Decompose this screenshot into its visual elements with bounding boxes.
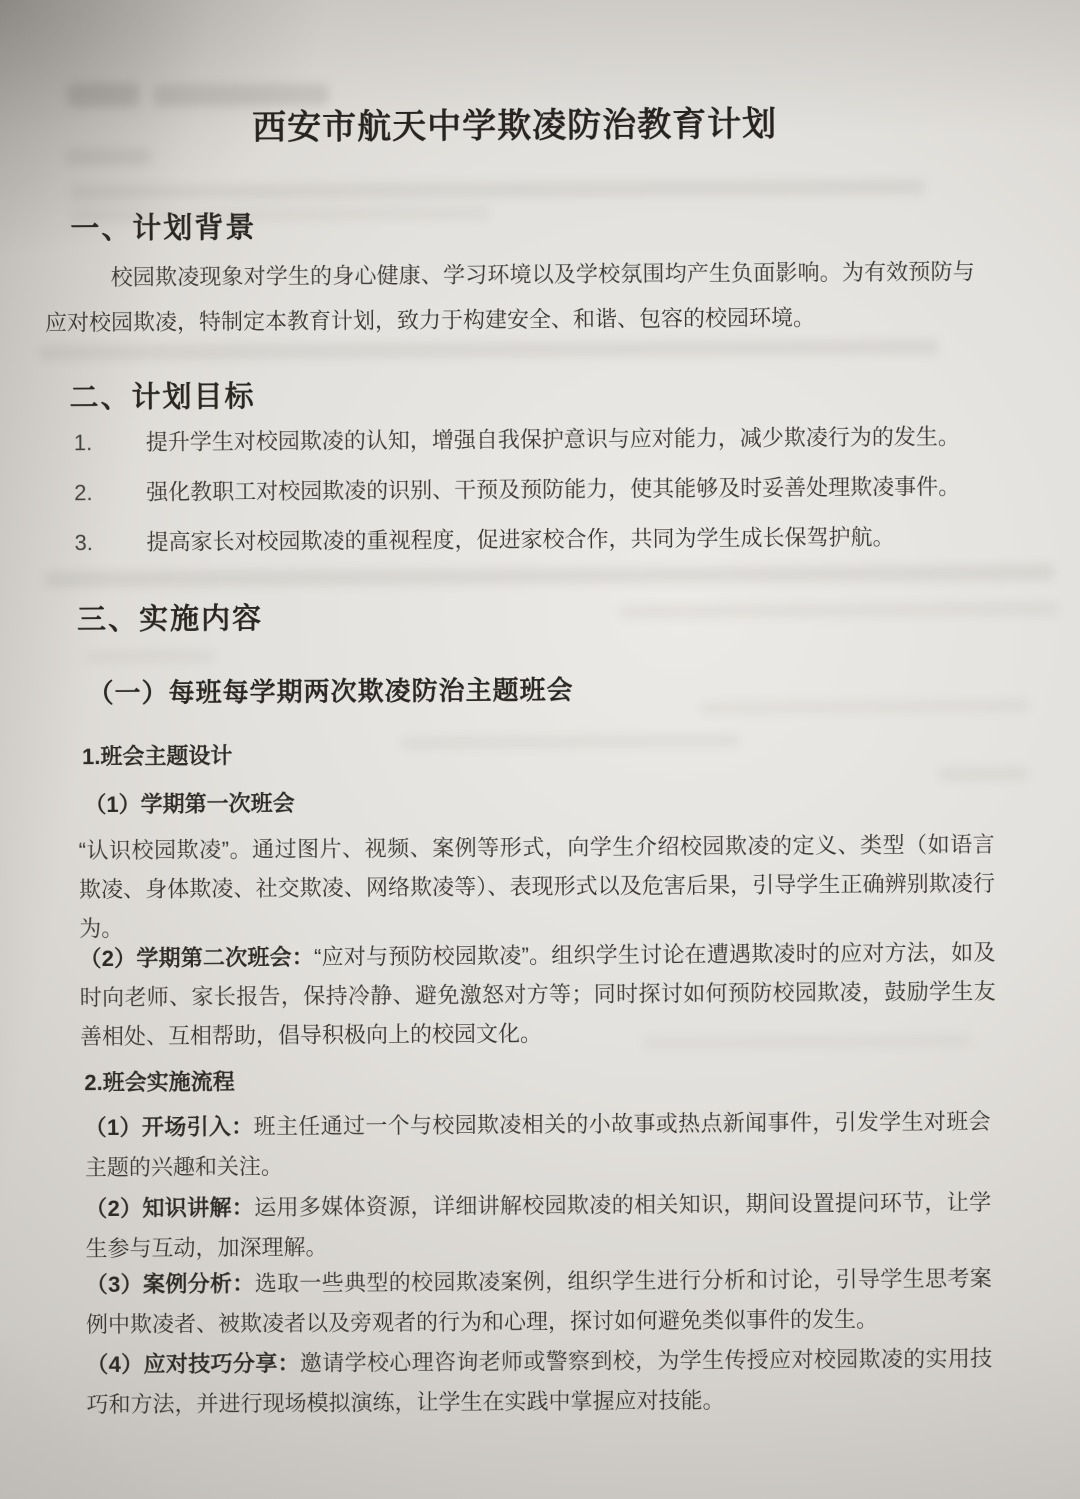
heading-first-meeting: （1）学期第一次班会 bbox=[84, 787, 294, 819]
goal-item: 1. 提升学生对校园欺凌的认知，增强自我保护意识与应对能力，减少欺凌行为的发生。 bbox=[74, 423, 1014, 458]
document-title: 西安市航天中学欺凌防治教育计划 bbox=[0, 94, 1076, 151]
goal-number: 3. bbox=[74, 529, 146, 558]
process-step-skills-sharing: （4）应对技巧分享：邀请学校心理咨询老师或警察到校，为学生传授应对校园欺凌的实用… bbox=[86, 1339, 993, 1425]
paragraph-plan-background: 校园欺凌现象对学生的身心健康、学习环境以及学校氛围均产生负面影响。为有效预防与应… bbox=[45, 249, 976, 345]
bleed-through-artifact bbox=[619, 602, 1059, 618]
section-heading-plan-goals: 二、计划目标 bbox=[69, 374, 255, 416]
goal-item: 2. 强化教职工对校园欺凌的识别、干预及预防能力，使其能够及时妥善处理欺凌事件。 bbox=[74, 473, 1014, 508]
step-label: （4）应对技巧分享： bbox=[86, 1351, 300, 1377]
document-page: 西安市航天中学欺凌防治教育计划 一、计划背景 校园欺凌现象对学生的身心健康、学习… bbox=[0, 0, 1080, 1499]
goals-list: 1. 提升学生对校园欺凌的认知，增强自我保护意识与应对能力，减少欺凌行为的发生。… bbox=[74, 423, 1015, 558]
second-meeting-label: （2）学期第二次班会： bbox=[79, 945, 314, 972]
step-label: （1）开场引入： bbox=[85, 1114, 254, 1140]
goal-number: 1. bbox=[74, 429, 146, 458]
subsection-heading-class-meetings: （一）每班每学期两次欺凌防治主题班会 bbox=[87, 670, 573, 710]
goal-text: 提升学生对校园欺凌的认知，增强自我保护意识与应对能力，减少欺凌行为的发生。 bbox=[146, 423, 1014, 457]
bleed-through-artifact bbox=[45, 564, 1055, 587]
step-label: （2）知识讲解： bbox=[85, 1195, 254, 1221]
goal-text: 强化教职工对校园欺凌的识别、干预及预防能力，使其能够及时妥善处理欺凌事件。 bbox=[146, 473, 1014, 507]
process-step-opening: （1）开场引入：班主任通过一个与校园欺凌相关的小故事或热点新闻事件，引发学生对班… bbox=[84, 1102, 991, 1188]
bleed-through-artifact bbox=[70, 179, 925, 200]
heading-meeting-process: 2.班会实施流程 bbox=[84, 1065, 235, 1097]
process-step-knowledge: （2）知识讲解：运用多媒体资源，详细讲解校园欺凌的相关知识，期间设置提问环节，让… bbox=[85, 1183, 992, 1269]
section-heading-implementation: 三、实施内容 bbox=[77, 596, 263, 638]
step-label: （3）案例分析： bbox=[86, 1271, 255, 1297]
goal-number: 2. bbox=[74, 479, 146, 508]
process-step-case-analysis: （3）案例分析：选取一些典型的校园欺凌案例，组织学生进行分析和讨论，引导学生思考… bbox=[86, 1259, 993, 1345]
goal-item: 3. 提高家长对校园欺凌的重视程度，促进家校合作，共同为学生成长保驾护航。 bbox=[74, 523, 1014, 558]
bleed-through-artifact bbox=[938, 767, 1028, 782]
heading-topic-design: 1.班会主题设计 bbox=[82, 739, 233, 771]
paragraph-second-meeting: （2）学期第二次班会：“应对与预防校园欺凌”。组织学生讨论在遭遇欺凌时的应对方法… bbox=[79, 933, 996, 1056]
bleed-through-artifact bbox=[85, 650, 215, 663]
document-photo: 西安市航天中学欺凌防治教育计划 一、计划背景 校园欺凌现象对学生的身心健康、学习… bbox=[0, 0, 1080, 1499]
bleed-through-artifact bbox=[700, 700, 1030, 714]
bleed-through-artifact bbox=[400, 735, 740, 749]
bleed-through-artifact bbox=[66, 149, 151, 166]
section-heading-plan-background: 一、计划背景 bbox=[70, 205, 256, 247]
goal-text: 提高家长对校园欺凌的重视程度，促进家校合作，共同为学生成长保驾护航。 bbox=[146, 523, 1014, 557]
paragraph-first-meeting: “认识校园欺凌”。通过图片、视频、案例等形式，向学生介绍校园欺凌的定义、类型（如… bbox=[79, 825, 996, 948]
